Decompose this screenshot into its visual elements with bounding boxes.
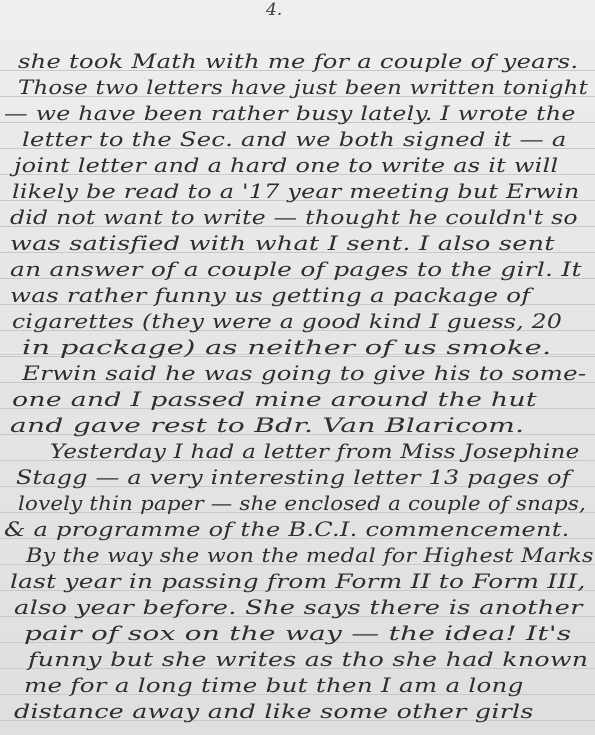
- handwritten-line: Stagg — a very interesting letter 13 pag…: [16, 466, 571, 489]
- handwritten-line: By the way she won the medal for Highest…: [26, 544, 594, 567]
- handwritten-line: cigarettes (they were a good kind I gues…: [12, 310, 562, 333]
- handwritten-line: last year in passing from Form II to For…: [10, 570, 586, 593]
- handwritten-line: an answer of a couple of pages to the gi…: [10, 258, 582, 281]
- handwritten-line: did not want to write — thought he could…: [10, 206, 578, 229]
- handwritten-line: was rather funny us getting a package of: [10, 284, 531, 307]
- handwritten-line: lovely thin paper — she enclosed a coupl…: [18, 492, 586, 515]
- handwritten-line: in package) as neither of us smoke.: [22, 336, 551, 359]
- handwritten-line: and gave rest to Bdr. Van Blaricom.: [10, 414, 524, 437]
- handwritten-line: distance away and like some other girls: [14, 700, 534, 723]
- handwritten-line: joint letter and a hard one to write as …: [14, 154, 558, 177]
- handwritten-line: letter to the Sec. and we both signed it…: [22, 128, 567, 151]
- letter-page: 4. she took Math with me for a couple of…: [0, 0, 595, 735]
- handwritten-line: funny but she writes as tho she had know…: [28, 648, 588, 671]
- handwritten-line: also year before. She says there is anot…: [14, 596, 583, 619]
- page-number: 4.: [266, 0, 282, 20]
- handwritten-line: me for a long time but then I am a long: [24, 674, 524, 697]
- handwritten-line: Those two letters have just been written…: [18, 76, 588, 99]
- handwritten-line: & a programme of the B.C.I. commencement…: [4, 518, 570, 541]
- handwritten-line: she took Math with me for a couple of ye…: [18, 50, 578, 73]
- handwritten-line: — we have been rather busy lately. I wro…: [4, 102, 576, 125]
- handwritten-line: was satisfied with what I sent. I also s…: [10, 232, 555, 255]
- handwritten-line: Erwin said he was going to give his to s…: [22, 362, 586, 385]
- handwritten-line: one and I passed mine around the hut: [12, 388, 537, 411]
- handwritten-line: likely be read to a '17 year meeting but…: [12, 180, 579, 203]
- handwritten-line: Yesterday I had a letter from Miss Josep…: [50, 440, 579, 463]
- handwritten-line: pair of sox on the way — the idea! It's: [24, 622, 571, 645]
